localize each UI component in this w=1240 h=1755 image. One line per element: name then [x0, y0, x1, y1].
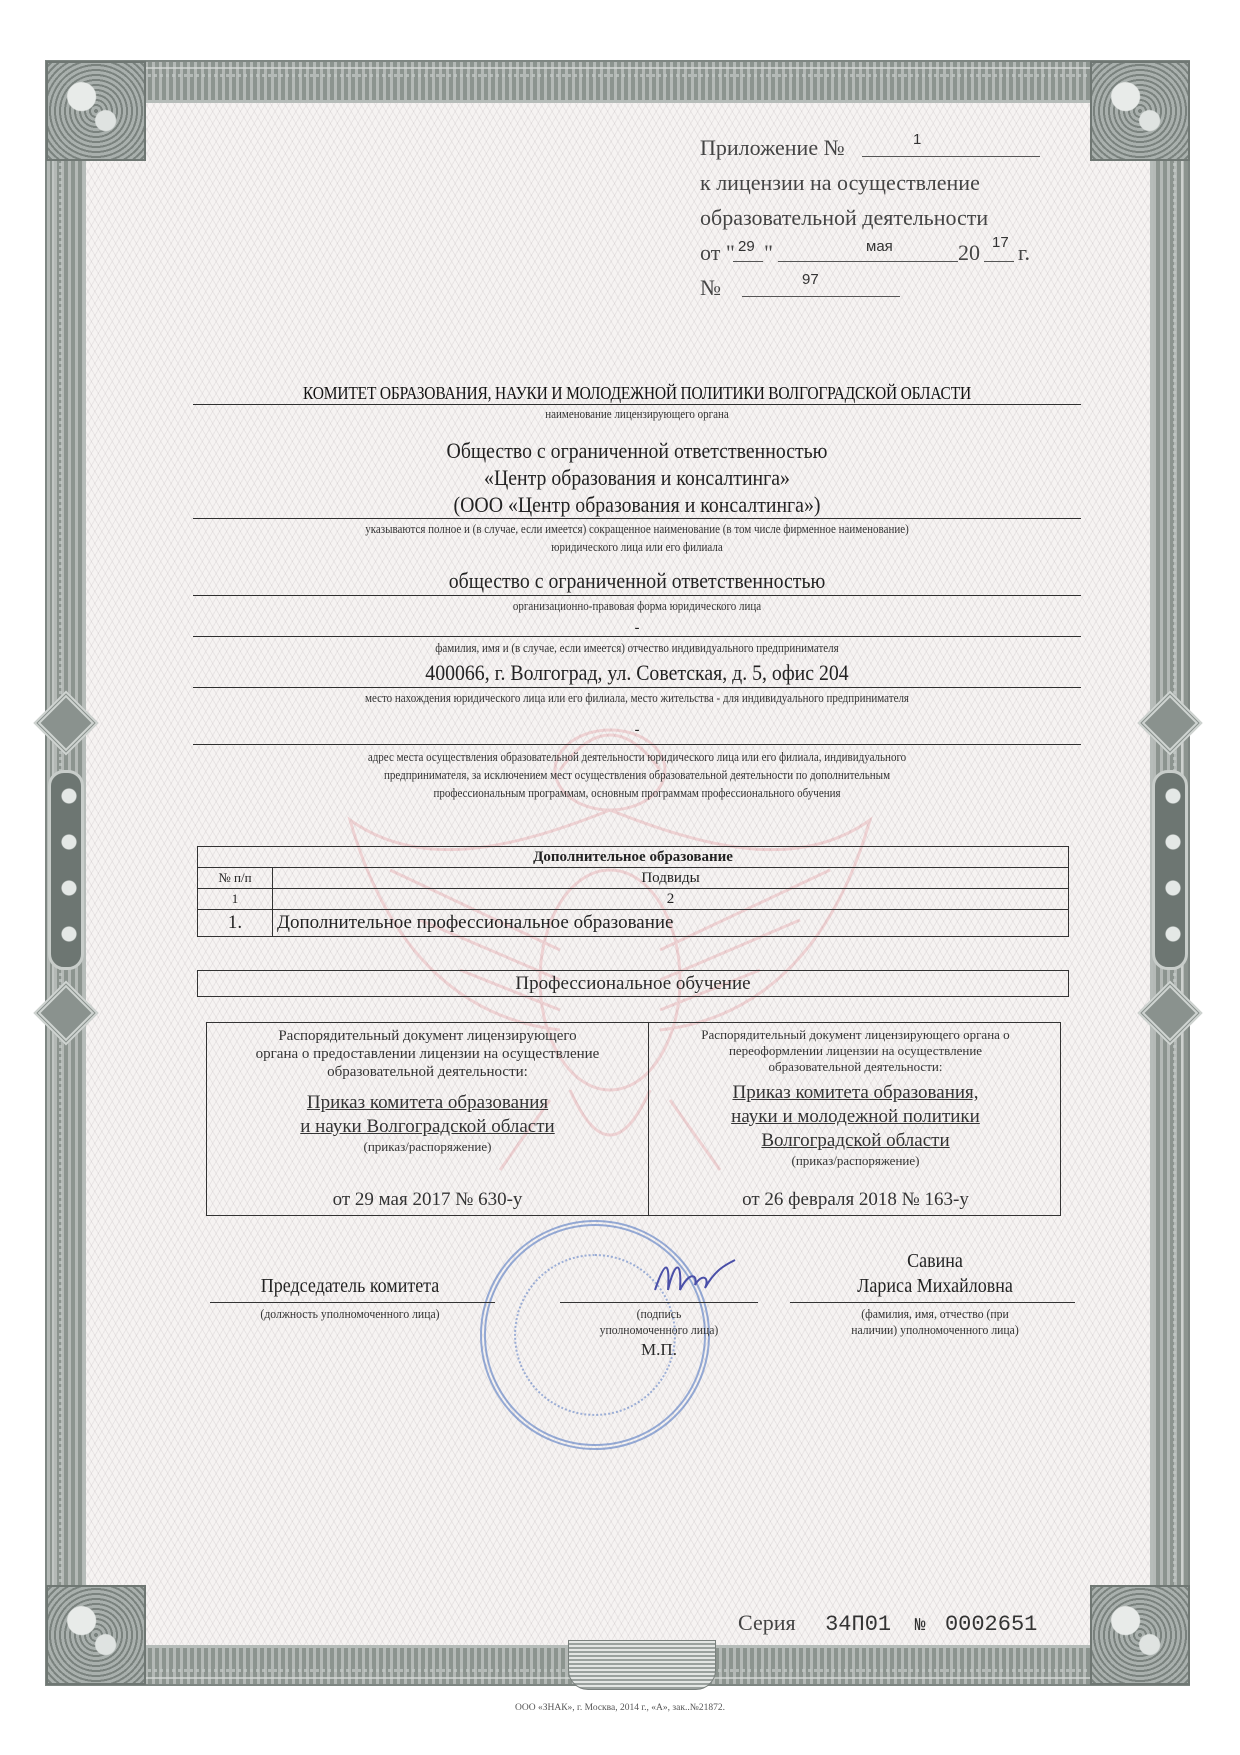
divider [210, 1302, 495, 1303]
side-ornament-panel [48, 770, 84, 970]
column-header-subtypes: Подвиды [273, 868, 1069, 889]
row-number: 1. [198, 910, 273, 937]
number-label: № [700, 275, 721, 300]
table-row: 1. Дополнительное профессиональное образ… [198, 910, 1069, 937]
licensing-body-caption: наименование лицензирующего органа [246, 407, 1027, 422]
appendix-header: Приложение № 1 к лицензии на осуществлен… [700, 130, 1050, 305]
additional-education-table: Дополнительное образование № п/п Подвиды… [197, 846, 1069, 937]
signature-icon [650, 1255, 745, 1295]
side-ornament-panel [1152, 770, 1188, 970]
index-cell: 1 [198, 889, 273, 910]
signer-position: Председатель комитета [224, 1275, 476, 1298]
orders-table: Распорядительный документ лицензирующего… [206, 1022, 1061, 1216]
reissue-desc-2: переоформлении лицензии на осуществление [649, 1043, 1062, 1059]
name-caption-2: наличии) уполномоченного лица) [814, 1322, 1057, 1338]
divider [193, 636, 1081, 637]
date-day-line [733, 261, 763, 262]
index-cell: 2 [273, 889, 1069, 910]
date-month: мая [866, 229, 893, 264]
grant-type: (приказ/распоряжение) [207, 1139, 648, 1155]
position-caption: (должность уполномоченного лица) [224, 1306, 476, 1322]
grant-desc-1: Распорядительный документ лицензирующего [207, 1027, 648, 1045]
blank-series: Серия 34П01 № 0002651 [738, 1610, 1037, 1637]
name-caption-1: (фамилия, имя, отчество (при [814, 1306, 1057, 1322]
signature-caption-1: (подпись [570, 1306, 748, 1322]
activity-address: - [237, 721, 1036, 739]
date-year: 17 [992, 225, 1009, 260]
entrepreneur-caption: фамилия, имя и (в случае, если имеется) … [246, 641, 1027, 656]
divider [193, 404, 1081, 405]
signature-caption-2: уполномоченного лица) [570, 1322, 748, 1338]
location-caption: место нахождения юридического лица или е… [246, 691, 1027, 706]
divider [193, 687, 1081, 688]
organization-line-1: Общество с ограниченной ответственностью [237, 438, 1036, 464]
activity-address-caption-2: предпринимателя, за исключением мест осу… [246, 768, 1027, 783]
reissue-type: (приказ/распоряжение) [649, 1153, 1062, 1169]
professional-training-box: Профессиональное обучение [197, 970, 1069, 997]
reissue-title-2: науки и молодежной политики [649, 1105, 1062, 1129]
grant-title-2: и науки Волгоградской области [207, 1115, 648, 1139]
divider [790, 1302, 1075, 1303]
appendix-label: Приложение № [700, 135, 845, 160]
legal-form-caption: организационно-правовая форма юридическо… [246, 599, 1027, 614]
blank-number: 0002651 [945, 1612, 1037, 1637]
location: 400066, г. Волгоград, ул. Советская, д. … [237, 660, 1036, 686]
reissue-desc-1: Распорядительный документ лицензирующего… [649, 1027, 1062, 1043]
date-year-line [984, 261, 1014, 262]
reissue-title-3: Волгоградской области [649, 1129, 1062, 1153]
date-quote: " [764, 235, 773, 270]
activity-address-caption-1: адрес места осуществления образовательно… [246, 750, 1027, 765]
signer-surname: Савина [814, 1250, 1057, 1273]
table-title: Дополнительное образование [198, 847, 1069, 868]
printer-imprint: ООО «ЗНАК», г. Москва, 2014 г., «А», зак… [440, 1703, 800, 1713]
grant-desc-3: образовательной деятельности: [207, 1063, 648, 1081]
organization-caption-2: юридического лица или его филиала [246, 540, 1027, 555]
date-day: 29 [738, 229, 755, 264]
grant-desc-2: органа о предоставлении лицензии на осущ… [207, 1045, 648, 1063]
grant-date: от 29 мая 2017 № 630-у [207, 1189, 648, 1211]
organization-line-2: «Центр образования и консалтинга» [237, 465, 1036, 491]
appendix-number-line [862, 156, 1040, 157]
licensing-body: КОМИТЕТ ОБРАЗОВАНИЯ, НАУКИ И МОЛОДЕЖНОЙ … [255, 383, 1019, 404]
divider [193, 744, 1081, 745]
series-value: 34П01 [825, 1612, 891, 1637]
grant-order: Распорядительный документ лицензирующего… [207, 1023, 649, 1215]
number-line [742, 296, 900, 297]
column-header-num: № п/п [198, 868, 273, 889]
blank-number-label: № [915, 1616, 926, 1636]
corner-ornament-icon [1090, 61, 1190, 161]
appendix-number: 1 [913, 122, 921, 157]
bottom-ornament-plate [568, 1640, 716, 1690]
signer-name: Лариса Михайловна [814, 1275, 1057, 1298]
number-value: 97 [802, 262, 819, 297]
organization-line-3: (ООО «Центр образования и консалтинга») [237, 492, 1036, 518]
row-subtype: Дополнительное профессиональное образова… [273, 910, 1069, 937]
reissue-desc-3: образовательной деятельности: [649, 1059, 1062, 1075]
divider [193, 518, 1081, 519]
legal-form: общество с ограниченной ответственностью [237, 568, 1036, 594]
reissue-date: от 26 февраля 2018 № 163-у [649, 1189, 1062, 1211]
date-century: 20 [958, 235, 980, 270]
grant-title-1: Приказ комитета образования [207, 1091, 648, 1115]
corner-ornament-icon [46, 1585, 146, 1685]
date-suffix: г. [1018, 235, 1030, 270]
reissue-title-1: Приказ комитета образования, [649, 1081, 1062, 1105]
divider [193, 595, 1081, 596]
entrepreneur-name: - [237, 619, 1036, 637]
corner-ornament-icon [46, 61, 146, 161]
signature-line [560, 1302, 758, 1303]
license-line: к лицензии на осуществление [700, 165, 1050, 200]
reissue-order: Распорядительный документ лицензирующего… [649, 1023, 1062, 1215]
series-label: Серия [738, 1610, 796, 1635]
organization-caption-1: указываются полное и (в случае, если име… [246, 522, 1027, 537]
corner-ornament-icon [1090, 1585, 1190, 1685]
date-prefix: от " [700, 240, 735, 265]
stamp-place: М.П. [560, 1340, 758, 1360]
activity-address-caption-3: профессиональным программам, основным пр… [246, 786, 1027, 801]
